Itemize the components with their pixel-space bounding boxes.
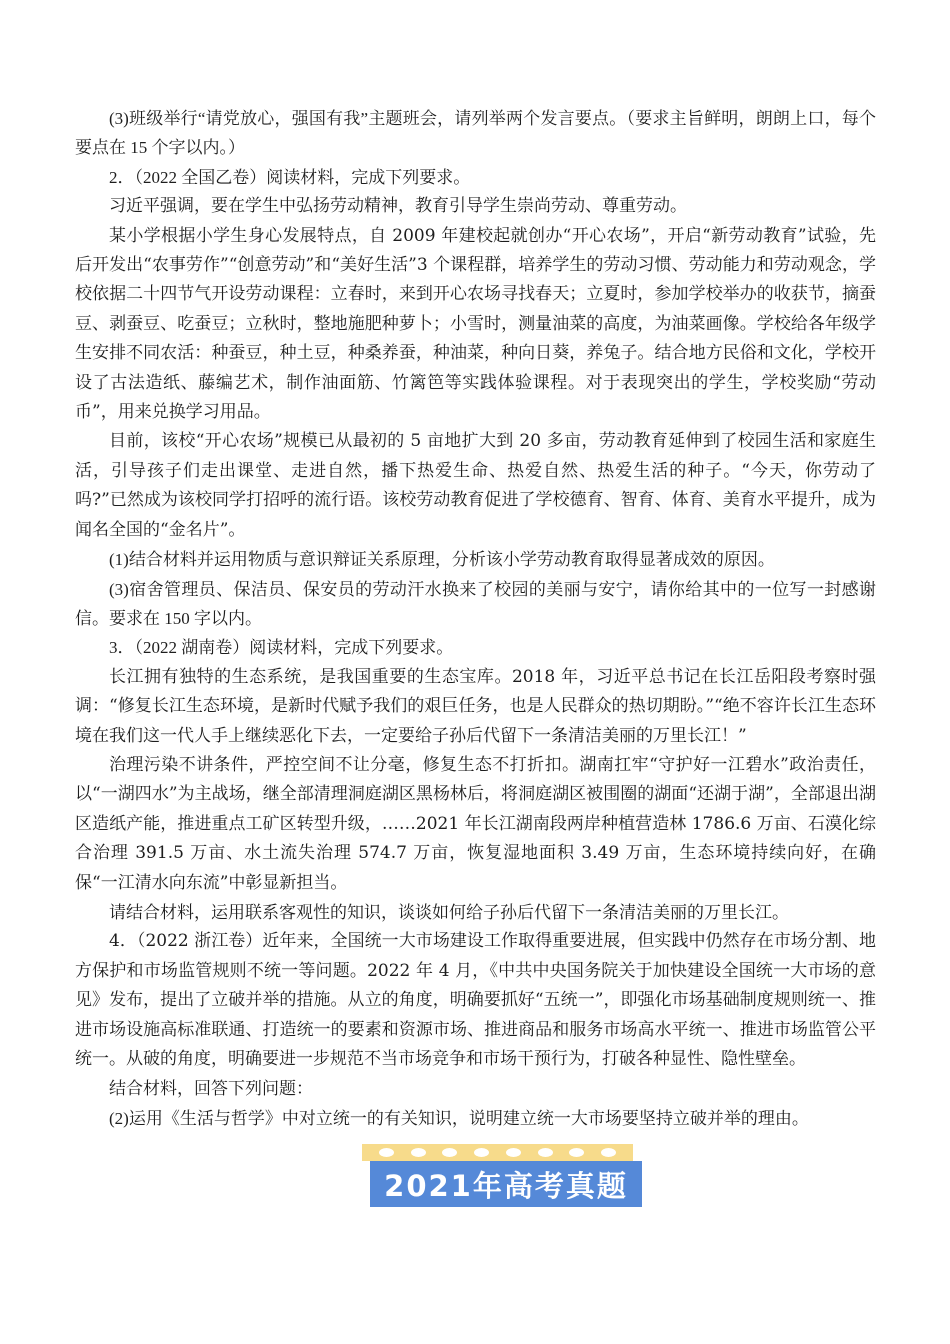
paragraph: 长江拥有独特的生态系统，是我国重要的生态宝库。2018 年，习近平总书记在长江岳…	[75, 663, 876, 751]
section-banner: 2021年高考真题	[362, 1144, 642, 1207]
paragraph: 治理污染不讲条件，严控空间不让分毫，修复生态不打折扣。湖南扛牢“守护好一江碧水”…	[75, 751, 876, 898]
paragraph: 结合材料，回答下列问题：	[75, 1074, 876, 1103]
paragraph: 习近平强调，要在学生中弘扬劳动精神，教育引导学生崇尚劳动、尊重劳动。	[75, 192, 876, 221]
tape-dot	[569, 1148, 584, 1157]
tape-dot	[411, 1148, 426, 1157]
document-body: (3)班级举行“请党放心，强国有我”主题班会，请列举两个发言要点。（要求主旨鲜明…	[75, 104, 876, 1133]
paragraph: 目前，该校“开心农场”规模已从最初的 5 亩地扩大到 20 多亩，劳动教育延伸到…	[75, 427, 876, 545]
tape-dot	[506, 1148, 521, 1157]
tape-dot	[379, 1148, 394, 1157]
tape-strip	[362, 1144, 633, 1161]
tape-dot	[601, 1148, 616, 1157]
tape-dot	[538, 1148, 553, 1157]
paragraph: (3)班级举行“请党放心，强国有我”主题班会，请列举两个发言要点。（要求主旨鲜明…	[75, 104, 876, 163]
paragraph: (1)结合材料并运用物质与意识辩证关系原理，分析该小学劳动教育取得显著成效的原因…	[75, 545, 876, 574]
banner-title: 2021年高考真题	[384, 1164, 628, 1205]
paragraph-question-3: 3．（2022 湖南卷）阅读材料，完成下列要求。	[75, 633, 876, 662]
paragraph: (2)运用《生活与哲学》中对立统一的有关知识，说明建立统一大市场要坚持立破并举的…	[75, 1104, 876, 1133]
tape-dot	[442, 1148, 457, 1157]
paragraph-question-2: 2．（2022 全国乙卷）阅读材料，完成下列要求。	[75, 163, 876, 192]
paragraph: 请结合材料，运用联系客观性的知识，谈谈如何给子孙后代留下一条清洁美丽的万里长江。	[75, 898, 876, 927]
tape-dot	[474, 1148, 489, 1157]
paragraph-question-4: 4．（2022 浙江卷）近年来，全国统一大市场建设工作取得重要进展，但实践中仍然…	[75, 927, 876, 1074]
paragraph: (3)宿舍管理员、保洁员、保安员的劳动汗水换来了校园的美丽与安宁，请你给其中的一…	[75, 575, 876, 634]
paragraph: 某小学根据小学生身心发展特点，自 2009 年建校起就创办“开心农场”，开启“新…	[75, 222, 876, 428]
banner-box: 2021年高考真题	[370, 1161, 642, 1207]
document-page: (3)班级举行“请党放心，强国有我”主题班会，请列举两个发言要点。（要求主旨鲜明…	[0, 0, 950, 1344]
